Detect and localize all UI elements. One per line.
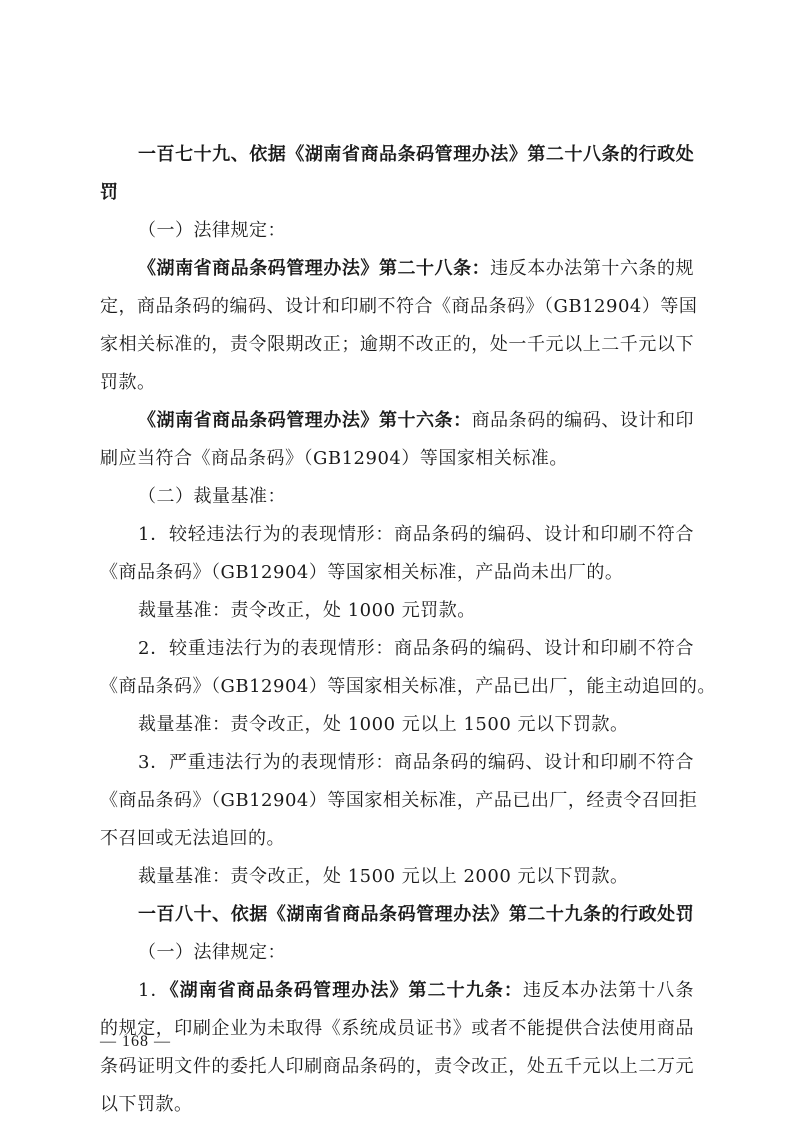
provision-16-line1: 《湖南省商品条码管理办法》第十六条：商品条码的编码、设计和印 <box>100 406 694 436</box>
provision-16-line2: 刷应当符合《商品条码》（GB12904）等国家相关标准。 <box>100 444 694 474</box>
provision-29-title: 《湖南省商品条码管理办法》第二十九条： <box>170 980 523 1001</box>
article-180-heading: 一百八十、依据《湖南省商品条码管理办法》第二十九条的行政处罚 <box>100 900 694 930</box>
article-179-heading-line2: 罚 <box>100 178 694 208</box>
provision-28-line1: 《湖南省商品条码管理办法》第二十八条：违反本办法第十六条的规 <box>100 254 694 284</box>
level-3-line3: 不召回或无法追回的。 <box>100 824 694 854</box>
provision-29-text: 违反本办法第十八条 <box>523 980 694 1001</box>
level-1-standard: 裁量基准：责令改正，处 1000 元罚款。 <box>100 596 694 626</box>
discretion-label: （二）裁量基准： <box>100 482 694 512</box>
provision-29-line4: 以下罚款。 <box>100 1090 694 1120</box>
level-2-line1: 2．较重违法行为的表现情形：商品条码的编码、设计和印刷不符合 <box>100 634 694 664</box>
level-3-line2: 《商品条码》（GB12904）等国家相关标准，产品已出厂，经责令召回拒 <box>100 786 694 816</box>
level-3-standard: 裁量基准：责令改正，处 1500 元以上 2000 元以下罚款。 <box>100 862 694 892</box>
provision-28-line3: 家相关标准的，责令限期改正；逾期不改正的，处一千元以上二千元以下 <box>100 330 694 360</box>
page-number: — 168 — <box>100 1030 171 1054</box>
provision-28-line2: 定，商品条码的编码、设计和印刷不符合《商品条码》（GB12904）等国 <box>100 292 694 322</box>
level-2-standard: 裁量基准：责令改正，处 1000 元以上 1500 元以下罚款。 <box>100 710 694 740</box>
article-179-heading-line1: 一百七十九、依据《湖南省商品条码管理办法》第二十八条的行政处 <box>100 140 694 170</box>
provision-28-line4: 罚款。 <box>100 368 694 398</box>
legal-provisions-label: （一）法律规定： <box>100 216 694 246</box>
provision-29-line3: 条码证明文件的委托人印刷商品条码的，责令改正，处五千元以上二万元 <box>100 1052 694 1082</box>
provision-29-line1: 1．《湖南省商品条码管理办法》第二十九条：违反本办法第十八条 <box>100 976 694 1006</box>
provision-29-line2: 的规定，印刷企业为未取得《系统成员证书》或者不能提供合法使用商品 <box>100 1014 694 1044</box>
article-180-legal-provisions-label: （一）法律规定： <box>100 938 694 968</box>
provision-28-text: 违反本办法第十六条的规 <box>490 258 694 279</box>
level-1-line2: 《商品条码》（GB12904）等国家相关标准，产品尚未出厂的。 <box>100 558 694 588</box>
level-3-line1: 3．严重违法行为的表现情形：商品条码的编码、设计和印刷不符合 <box>100 748 694 778</box>
provision-16-title: 《湖南省商品条码管理办法》第十六条： <box>138 410 472 431</box>
provision-29-number: 1． <box>138 980 170 1001</box>
level-2-line2: 《商品条码》（GB12904）等国家相关标准，产品已出厂，能主动追回的。 <box>100 672 694 702</box>
provision-16-text: 商品条码的编码、设计和印 <box>472 410 694 431</box>
level-1-line1: 1．较轻违法行为的表现情形：商品条码的编码、设计和印刷不符合 <box>100 520 694 550</box>
provision-28-title: 《湖南省商品条码管理办法》第二十八条： <box>138 258 490 279</box>
